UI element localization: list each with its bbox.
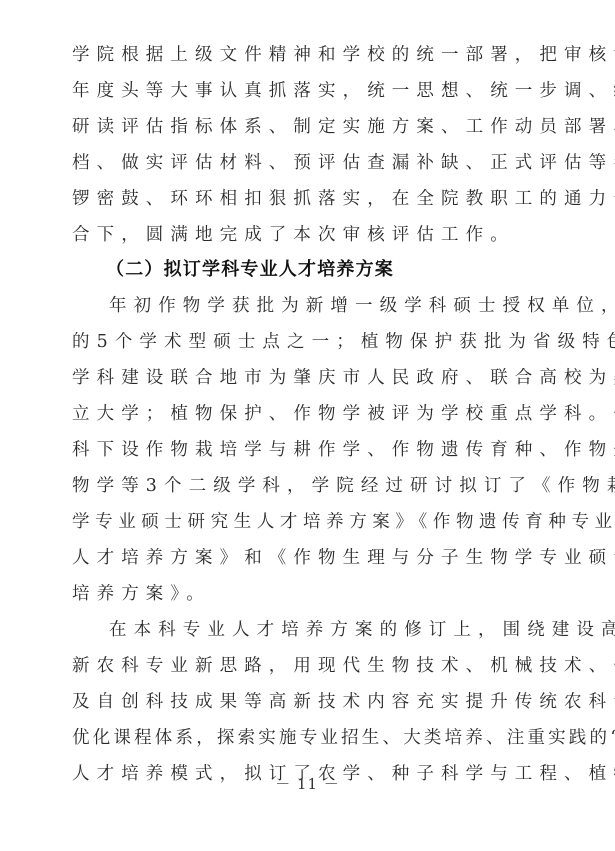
text-line: 培养方案》。 (72, 576, 572, 612)
text-line: 年度头等大事认真抓落实，统一思想、统一步调、统一行动，从 (72, 73, 572, 109)
text-line: 科下设作物栽培学与耕作学、作物遗传育种、作物生理与分子生 (72, 432, 572, 468)
text-line: 学科建设联合地市为肇庆市人民政府、联合高校为美国堪萨斯州 (72, 360, 572, 396)
text-line: 学专业硕士研究生人才培养方案》《作物遗传育种专业硕士研究生 (72, 504, 572, 540)
text-line: 物学等3个二级学科，学院经过研讨拟订了《作物栽培学与耕作 (72, 468, 572, 504)
text-line: 人才培养方案》和《作物生理与分子生物学专业硕士研究生人才 (72, 540, 572, 576)
text-line: 及自创科技成果等高新技术内容充实提升传统农科专业，进一步 (72, 684, 572, 720)
text-line: 优化课程体系，探索实施专业招生、大类培养、注重实践的“2+1+1” (72, 720, 572, 756)
section-heading: （二）拟订学科专业人才培养方案 (106, 252, 394, 288)
page-number: － 11 － (0, 773, 615, 794)
text-line: 学院根据上级文件精神和学校的统一部署，把审核评估工作作为 (72, 37, 572, 73)
text-line: 的5个学术型硕士点之一；植物保护获批为省级特色重点学科， (72, 324, 572, 360)
text-line: 锣密鼓、环环相扣狠抓落实，在全院教职工的通力合作和密切配 (72, 181, 572, 217)
text-line: 年初作物学获批为新增一级学科硕士授权单位，是学校新增 (109, 288, 609, 324)
text-line: 合下，圆满地完成了本次审核评估工作。 (72, 217, 572, 253)
text-line: 新农科专业新思路，用现代生物技术、机械技术、信息技术，以 (72, 648, 572, 684)
text-line: 立大学；植物保护、作物学被评为学校重点学科。作物学一级学 (72, 396, 572, 432)
text-line: 研读评估指标体系、制定实施方案、工作动员部署、教学文件归 (72, 109, 572, 145)
text-line: 在本科专业人才培养方案的修订上，围绕建设高水平应用型 (109, 612, 609, 648)
document-page: 学院根据上级文件精神和学校的统一部署，把审核评估工作作为 年度头等大事认真抓落实… (0, 0, 615, 851)
text-line: 档、做实评估材料、预评估查漏补缺、正式评估等各个环节，紧 (72, 145, 572, 181)
